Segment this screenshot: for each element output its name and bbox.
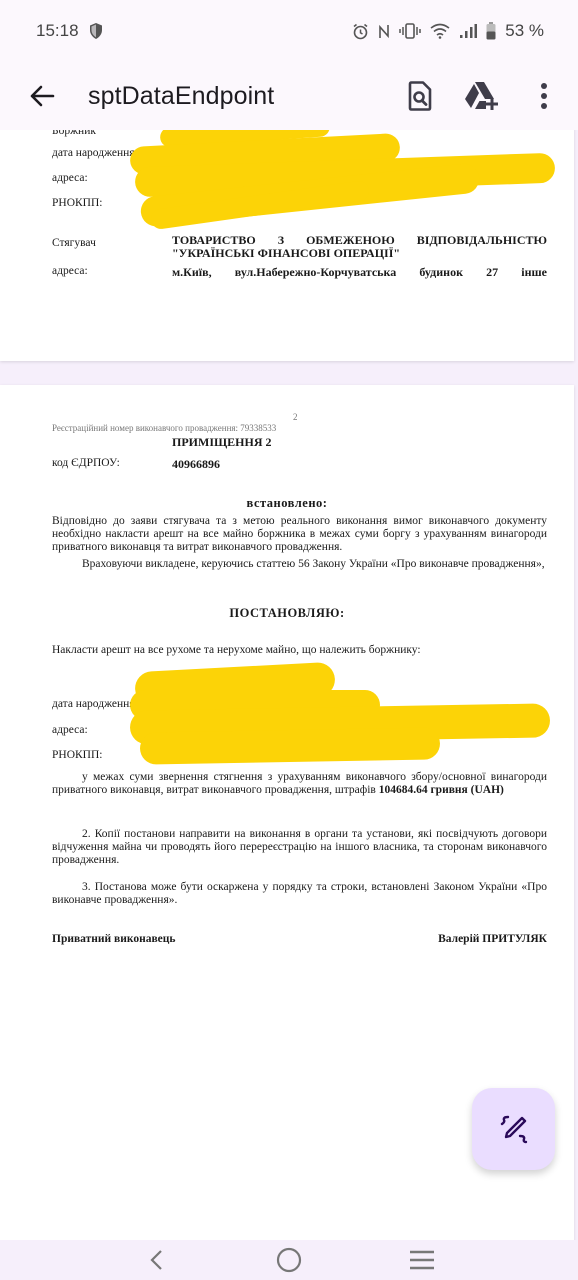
- item-2-paragraph: 2. Копії постанови направити на виконанн…: [52, 828, 547, 867]
- battery-level: 53 %: [505, 21, 544, 41]
- debtor-label: Боржник: [52, 130, 96, 137]
- debtor-address-label: адреса:: [52, 724, 88, 736]
- back-icon: [149, 1249, 163, 1271]
- wifi-icon: [430, 23, 450, 39]
- status-bar: 15:18 53 %: [0, 0, 578, 62]
- annotate-pen-icon: [499, 1114, 529, 1144]
- creditor-address: м.Київ, вул.Набережно-Корчуватська будин…: [172, 265, 547, 280]
- established-heading: встановлено:: [0, 496, 574, 511]
- battery-icon: [486, 22, 496, 40]
- alarm-icon: [352, 23, 369, 40]
- pdf-viewer[interactable]: Боржник дата народження: 1997 адреса: РН…: [0, 130, 578, 1240]
- signal-icon: [459, 23, 477, 39]
- debtor-rnokpp-label: РНОКПП:: [52, 749, 102, 761]
- premises-text: ПРИМІЩЕННЯ 2: [172, 435, 272, 450]
- shield-icon: [89, 23, 103, 39]
- address-label: адреса:: [52, 172, 88, 184]
- recents-icon: [409, 1249, 435, 1271]
- amount-value: 104684.64 гривня (UAH): [379, 784, 504, 796]
- item-3-paragraph: 3. Постанова може бути оскаржена у поряд…: [52, 881, 547, 907]
- nav-home-button[interactable]: [269, 1245, 309, 1275]
- more-options-icon: [540, 82, 548, 110]
- signer-role: Приватний виконавець: [52, 933, 176, 945]
- annotate-button[interactable]: [472, 1088, 555, 1170]
- app-bar: sptDataEndpoint: [0, 62, 578, 130]
- debtor-birth-label: дата народження:: [52, 698, 138, 710]
- rnokpp-label: РНОКПП:: [52, 197, 102, 209]
- document-title: sptDataEndpoint: [88, 82, 274, 111]
- decree-heading: ПОСТАНОВЛЯЮ:: [0, 606, 574, 621]
- redaction-mark: [140, 727, 441, 764]
- creditor-label: Стягувач: [52, 237, 96, 249]
- signer-name: Валерій ПРИТУЛЯК: [438, 933, 547, 945]
- nav-recents-button[interactable]: [402, 1245, 442, 1275]
- add-to-drive-button[interactable]: [462, 76, 502, 116]
- back-button[interactable]: [22, 76, 62, 116]
- edrpou-label: код ЄДРПОУ:: [52, 457, 120, 469]
- vibrate-icon: [399, 23, 421, 39]
- page-number: 2: [293, 412, 298, 422]
- find-in-document-button[interactable]: [400, 76, 440, 116]
- birth-date-label: дата народження:: [52, 147, 138, 159]
- arrest-paragraph: Накласти арешт на все рухоме та нерухоме…: [52, 644, 547, 657]
- more-options-button[interactable]: [524, 76, 564, 116]
- home-icon: [276, 1247, 302, 1273]
- creditor-address-label: адреса:: [52, 265, 88, 277]
- pdf-page-1: Боржник дата народження: 1997 адреса: РН…: [0, 130, 574, 361]
- amount-paragraph: у межах суми звернення стягнення з ураху…: [52, 771, 547, 797]
- nav-back-button[interactable]: [136, 1245, 176, 1275]
- edrpou-value: 40966896: [172, 457, 220, 472]
- arrow-back-icon: [29, 85, 55, 107]
- established-paragraph: Відповідно до заяви стягувача та з метою…: [52, 515, 547, 554]
- creditor-name-line2: "УКРАЇНСЬКІ ФІНАНСОВІ ОПЕРАЦІЇ": [172, 246, 400, 261]
- considering-paragraph: Враховуючи викладене, керуючись статтею …: [52, 558, 547, 571]
- find-in-document-icon: [408, 81, 432, 111]
- nfc-icon: [378, 23, 390, 40]
- clock: 15:18: [36, 21, 79, 41]
- add-to-drive-icon: [464, 81, 500, 111]
- registration-number: Реєстраційний номер виконавчого провадже…: [52, 423, 276, 433]
- system-nav-bar: [0, 1240, 578, 1280]
